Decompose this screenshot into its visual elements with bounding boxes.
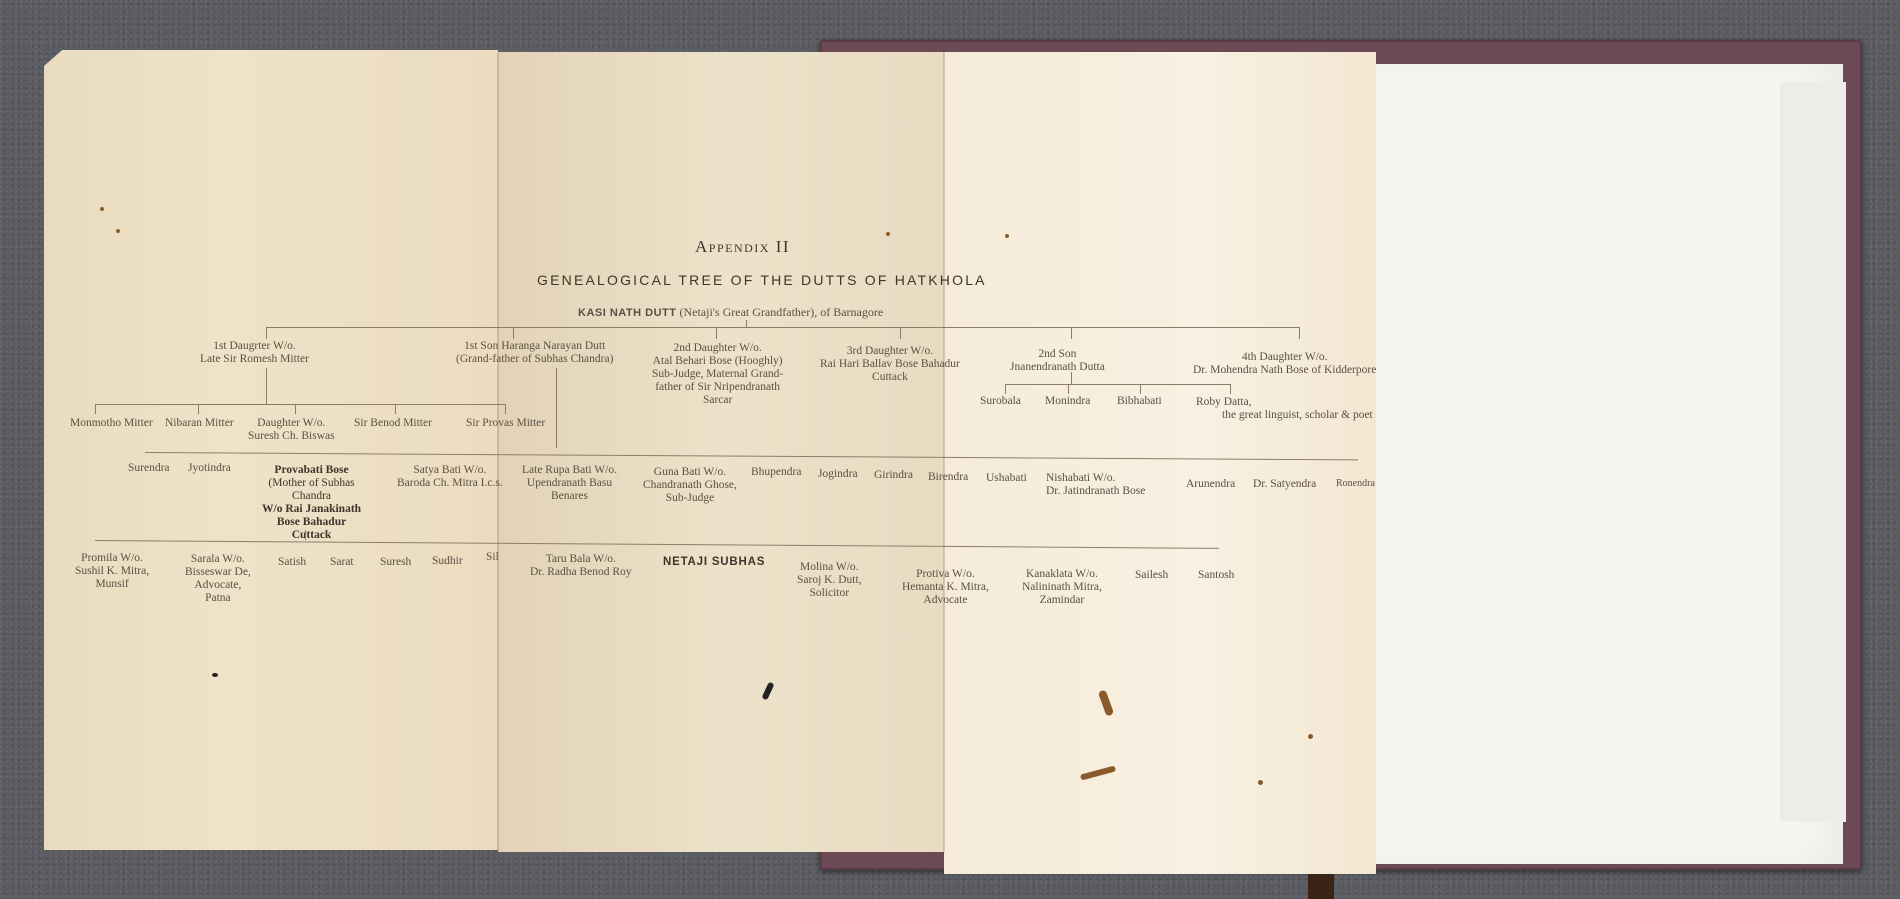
tree-node: Ushabati: [986, 472, 1027, 485]
tree-node: Late Rupa Bati W/o. Upendranath Basu Ben…: [522, 464, 617, 503]
tree-node: Monmotho Mitter: [70, 417, 153, 430]
tree-node: Jyotindra: [188, 462, 231, 475]
tree-line: [716, 327, 717, 339]
tree-line: [95, 404, 96, 414]
tree-node-1st-son: 1st Son Haranga Narayan Dutt (Grand-fath…: [456, 340, 613, 366]
tree-node: Nishabati W/o. Dr. Jatindranath Bose: [1046, 472, 1145, 498]
tree-line: [1071, 372, 1072, 384]
tree-node: Roby Datta, the great linguist, scholar …: [1196, 396, 1373, 422]
tree-line: [1005, 384, 1230, 385]
tree-node: Kanaklata W/o. Nalininath Mitra, Zaminda…: [1022, 568, 1102, 607]
tree-line: [295, 404, 296, 414]
root-ancestor: KASI NATH DUTT (Netaji's Great Grandfath…: [578, 306, 883, 320]
tree-line: [1068, 384, 1069, 394]
tree-node: Sudhir: [432, 555, 463, 568]
tree-node: Daughter W/o. Suresh Ch. Biswas: [248, 417, 335, 443]
tree-line: [513, 327, 514, 339]
tree-node-3rd-daughter: 3rd Daughter W/o. Rai Hari Ballav Bose B…: [820, 345, 960, 384]
tree-node: Jogindra: [818, 468, 858, 481]
foldout-panel-center: [498, 52, 948, 852]
ink-speck: [116, 229, 120, 233]
ink-speck: [212, 673, 218, 677]
tree-line: [95, 404, 505, 405]
tree-line: [305, 530, 306, 540]
tree-line: [395, 404, 396, 414]
ink-speck: [1005, 234, 1009, 238]
tree-node: Taru Bala W/o. Dr. Radha Benod Roy: [530, 553, 632, 579]
tree-node: Monindra: [1045, 395, 1090, 408]
tree-node-netaji-subhas: NETAJI SUBHAS: [663, 556, 765, 569]
tree-node: Girindra: [874, 469, 913, 482]
root-note: (Netaji's Great Grandfather), of Barnago…: [679, 305, 883, 319]
tree-line: [1299, 327, 1300, 339]
tree-line: [1005, 384, 1006, 394]
tree-line: [266, 327, 267, 339]
ink-speck: [100, 207, 104, 211]
appendix-heading: Appendix II: [695, 240, 790, 253]
tree-line: [1140, 384, 1141, 394]
tree-node: Satya Bati W/o. Baroda Ch. Mitra I.c.s.: [397, 464, 503, 490]
tree-node: Santosh: [1198, 569, 1234, 582]
page-edge: [1780, 82, 1846, 822]
tree-node: Surendra: [128, 462, 170, 475]
tree-node-4th-daughter: 4th Daughter W/o. Dr. Mohendra Nath Bose…: [1193, 351, 1376, 377]
tree-node: Bhupendra: [751, 466, 801, 479]
tree-line: [1230, 384, 1231, 394]
tree-node: Guna Bati W/o. Chandranath Ghose, Sub-Ju…: [643, 466, 737, 505]
fold-crease: [943, 52, 945, 852]
root-name: KASI NATH DUTT: [578, 307, 676, 319]
ink-speck: [886, 232, 890, 236]
tree-node-1st-daughter: 1st Daugrter W/o. Late Sir Romesh Mitter: [200, 340, 309, 366]
tree-node: Promila W/o. Sushil K. Mitra, Munsif: [75, 552, 149, 591]
tree-node: Sir Benod Mitter: [354, 417, 432, 430]
tree-node: Bibhabati: [1117, 395, 1162, 408]
tree-line: [900, 327, 901, 339]
tree-node-2nd-daughter: 2nd Daughter W/o. Atal Behari Bose (Hoog…: [652, 342, 783, 407]
tree-node: Surobala: [980, 395, 1021, 408]
tree-node: Birendra: [928, 471, 968, 484]
tree-line: [266, 368, 267, 404]
tree-node: Sarat: [330, 556, 354, 569]
tree-node: Nibaran Mitter: [165, 417, 234, 430]
tree-node: Sil: [486, 551, 499, 564]
tree-node: Sarala W/o. Bisseswar De, Advocate, Patn…: [185, 553, 251, 605]
tree-node: Protiva W/o. Hemanta K. Mitra, Advocate: [902, 568, 989, 607]
foldout-panel-left: [44, 50, 498, 850]
tree-node: Suresh: [380, 556, 411, 569]
tree-node: Molina W/o. Saroj K. Dutt, Solicitor: [797, 561, 862, 600]
tree-line: [266, 327, 1300, 328]
tree-node: Sir Provas Mitter: [466, 417, 545, 430]
blank-book-page: [1368, 64, 1843, 864]
tree-node: Satish: [278, 556, 306, 569]
tree-line: [556, 368, 557, 448]
tree-line: [198, 404, 199, 414]
tree-node: Sailesh: [1135, 569, 1168, 582]
tree-node: Dr. Satyendra: [1253, 478, 1316, 491]
page-title: GENEALOGICAL TREE OF THE DUTTS OF HATKHO…: [537, 274, 987, 287]
tree-line: [505, 404, 506, 414]
tree-node: Ronendra: [1336, 477, 1375, 490]
ink-speck: [1308, 734, 1313, 739]
foldout-panel-right: [944, 52, 1376, 874]
tree-node-provabati-bose: Provabati Bose (Mother of Subhas Chandra…: [262, 464, 361, 542]
tree-line: [1071, 327, 1072, 339]
ink-speck: [1258, 780, 1263, 785]
tree-node-2nd-son: 2nd Son Jnanendranath Dutta: [1010, 348, 1105, 374]
tree-node: Arunendra: [1186, 478, 1235, 491]
fold-crease: [497, 52, 499, 852]
